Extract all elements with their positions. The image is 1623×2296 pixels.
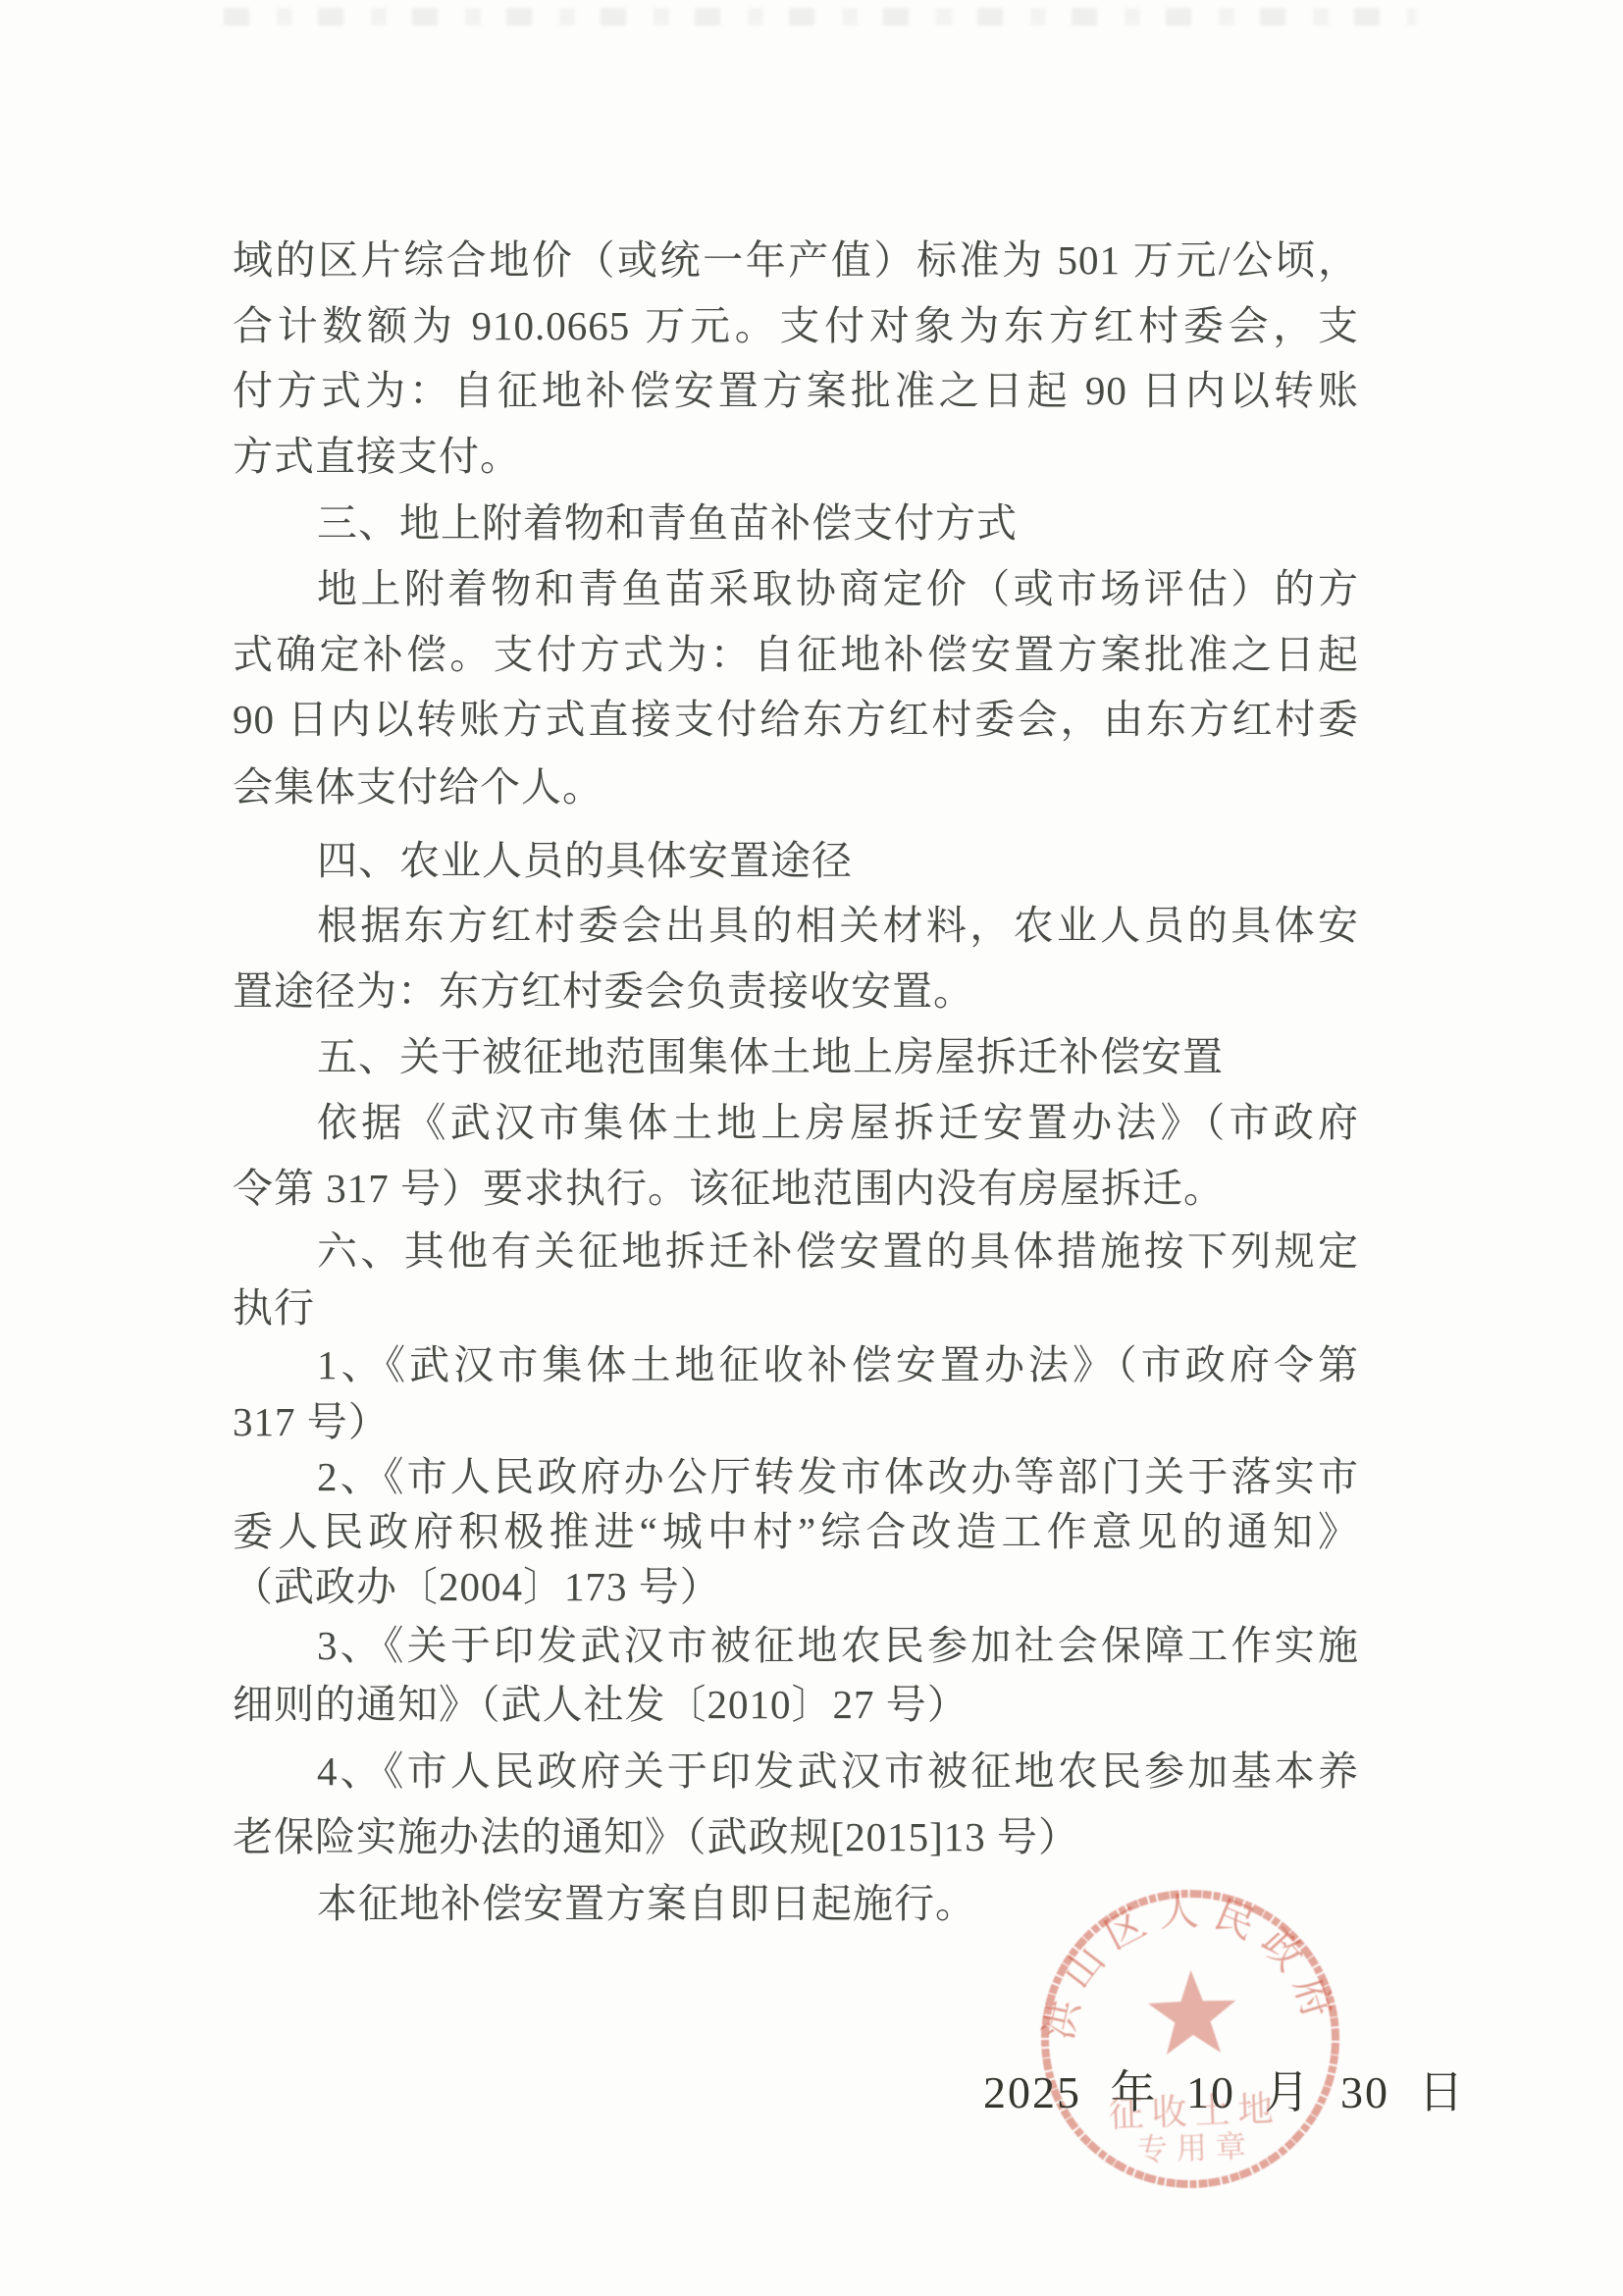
text-line: 三、地上附着物和青鱼苗补偿支付方式 xyxy=(233,498,1359,548)
text-line: 4、《市人民政府关于印发武汉市被征地农民参加基本养 xyxy=(233,1747,1359,1796)
text-line: 细则的通知》（武人社发〔2010〕27 号） xyxy=(233,1680,1359,1729)
text-line: 四、农业人员的具体安置途径 xyxy=(233,836,1359,885)
text-line: 式确定补偿。支付方式为：自征地补偿安置方案批准之日起 xyxy=(233,630,1359,679)
official-seal: 洪山区人民政府 征收土地 专用章 xyxy=(1033,1882,1348,2197)
seal-star-icon xyxy=(1147,1968,1237,2055)
text-line: 五、关于被征地范围集体土地上房屋拆迁补偿安置 xyxy=(233,1032,1359,1081)
text-line: 3、《关于印发武汉市被征地农民参加社会保障工作实施 xyxy=(233,1621,1359,1670)
text-line: 合计数额为 910.0665 万元。支付对象为东方红村委会，支 xyxy=(233,301,1359,350)
text-line: （武政办〔2004〕173 号） xyxy=(233,1562,1359,1611)
text-line: 委人民政府积极推进“城中村”综合改造工作意见的通知》 xyxy=(233,1507,1359,1556)
text-line: 根据东方红村委会出具的相关材料，农业人员的具体安 xyxy=(233,901,1359,950)
text-line: 置途径为：东方红村委会负责接收安置。 xyxy=(233,966,1359,1016)
text-line: 90 日内以转账方式直接支付给东方红村委会，由东方红村委 xyxy=(233,695,1359,744)
text-line: 令第 317 号）要求执行。该征地范围内没有房屋拆迁。 xyxy=(233,1164,1359,1213)
date-text: 2025 年 10 月 30 日 xyxy=(983,2057,1466,2121)
text-line: 依据《武汉市集体土地上房屋拆迁安置办法》（市政府 xyxy=(233,1098,1359,1147)
document-page: 域的区片综合地价（或统一年产值）标准为 501 万元/公顷，合计数额为 910.… xyxy=(0,0,1623,2296)
text-line: 1、《武汉市集体土地征收补偿安置办法》（市政府令第 xyxy=(233,1340,1359,1389)
text-line: 方式直接支付。 xyxy=(233,432,1359,481)
seal-graphic: 洪山区人民政府 征收土地 专用章 xyxy=(1033,1882,1348,2197)
text-line: 六、其他有关征地拆迁补偿安置的具体措施按下列规定 xyxy=(233,1226,1359,1276)
text-line: 地上附着物和青鱼苗采取协商定价（或市场评估）的方 xyxy=(233,564,1359,613)
seal-type-text: 专用章 xyxy=(1136,2129,1255,2167)
text-line: 会集体支付给个人。 xyxy=(233,762,1359,811)
text-line: 执行 xyxy=(233,1283,1359,1332)
text-line: 老保险实施办法的通知》（武政规[2015]13 号） xyxy=(233,1812,1359,1861)
text-line: 2、《市人民政府办公厅转发市体改办等部门关于落实市 xyxy=(233,1452,1359,1501)
text-line: 付方式为：自征地补偿安置方案批准之日起 90 日内以转账 xyxy=(233,366,1359,415)
document-text-block: 域的区片综合地价（或统一年产值）标准为 501 万元/公顷，合计数额为 910.… xyxy=(0,0,1623,2296)
text-line: 域的区片综合地价（或统一年产值）标准为 501 万元/公顷， xyxy=(233,235,1359,285)
text-line: 317 号） xyxy=(233,1397,1359,1446)
